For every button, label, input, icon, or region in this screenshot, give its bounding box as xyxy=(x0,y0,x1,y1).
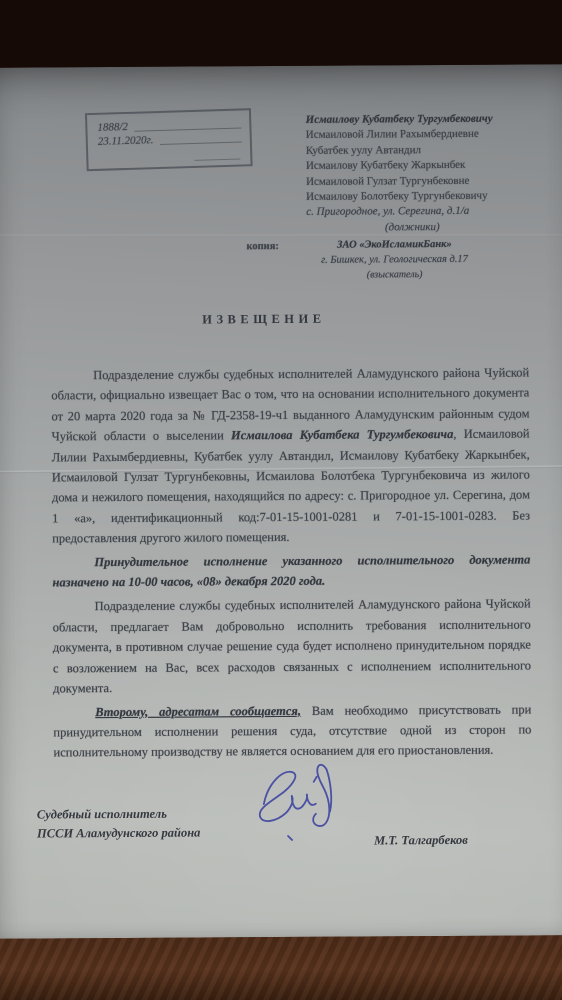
copy-organization: ЗАО «ЭкоИсламикБанк» xyxy=(288,237,500,253)
signatory-title-line: ПССИ Аламудунского района xyxy=(37,823,201,843)
copy-label: копия: xyxy=(246,241,279,252)
addressee-line: Кубатбек уулу Автандил xyxy=(306,142,518,159)
signatory-title-block: Судебный исполнитель ПССИ Аламудунского … xyxy=(37,804,201,843)
paragraph-enforcement-date: Принудительное исполнение указанного исп… xyxy=(52,549,530,593)
addressee-role: (должники) xyxy=(306,219,518,236)
addressee-line: Исмаиловой Гулзат Тургунбековне xyxy=(306,173,518,190)
signatory-title-line: Судебный исполнитель xyxy=(37,804,201,824)
copy-organization-address: г. Бишкек, ул. Геологическая д.17 xyxy=(288,252,500,268)
signatory-name: М.Т. Талгарбеков xyxy=(374,833,468,849)
addressee-line: Исмаилову Болотбеку Тургунбековичу xyxy=(306,189,518,206)
copy-recipient-block: копия: ЗАО «ЭкоИсламикБанк» г. Бишкек, у… xyxy=(0,236,562,240)
paragraph-attendance: Второму, адресатам сообщается, Вам необх… xyxy=(53,699,531,763)
stamp-date-row: 23.11.2020г. xyxy=(98,130,242,148)
stamp-date: 23.11.2020г. xyxy=(98,133,154,149)
paragraph-notice: Подразделение службы судебных исполнител… xyxy=(51,362,530,549)
registration-stamp-box: 1888/2 23.11.2020г. xyxy=(85,108,253,171)
paragraph-notice-text: , Исмаиловой Лилии Рахымбердиевны, Кубат… xyxy=(52,427,530,546)
stamp-ruled-line xyxy=(194,151,240,161)
addressee-line: Исмаилову Кубатбеку Жаркынбек xyxy=(306,158,518,175)
addressee-block: Исмаилову Кубатбеку Тургумбековичу Исмаи… xyxy=(306,112,519,237)
photo-of-document: { "photo": { "background_top": "#1b0d08"… xyxy=(0,0,562,1000)
stamp-ruled-line xyxy=(159,131,242,145)
document-title: ИЗВЕЩЕНИЕ xyxy=(139,311,389,328)
document-body: Подразделение службы судебных исполнител… xyxy=(51,362,531,766)
signature-ink-icon xyxy=(230,756,357,857)
stamp-number: 1888/2 xyxy=(97,120,128,135)
stamp-ruled-line xyxy=(134,117,242,131)
paragraph-voluntary-compliance: Подразделение службы судебных исполнител… xyxy=(53,594,532,699)
handwritten-signature xyxy=(230,756,357,862)
copy-organization-block: ЗАО «ЭкоИсламикБанк» г. Бишкек, ул. Геол… xyxy=(288,237,500,283)
attendance-lead-underlined: Второму, адресатам сообщается, xyxy=(95,703,301,718)
addressee-primary: Исмаилову Кубатбеку Тургумбековичу xyxy=(306,112,518,129)
copy-role: (взыскатель) xyxy=(289,267,501,283)
addressee-line: Исмаиловой Лилии Рахымбердиевне xyxy=(306,127,518,144)
document-paper: 1888/2 23.11.2020г. Исмаилову Кубатбеку … xyxy=(0,64,562,939)
addressee-address: с. Пригородное, ул. Серегина, д.1/а xyxy=(306,204,518,221)
debtor-name-bold: Исмаилова Кубатбека Тургумбековича xyxy=(231,427,453,442)
